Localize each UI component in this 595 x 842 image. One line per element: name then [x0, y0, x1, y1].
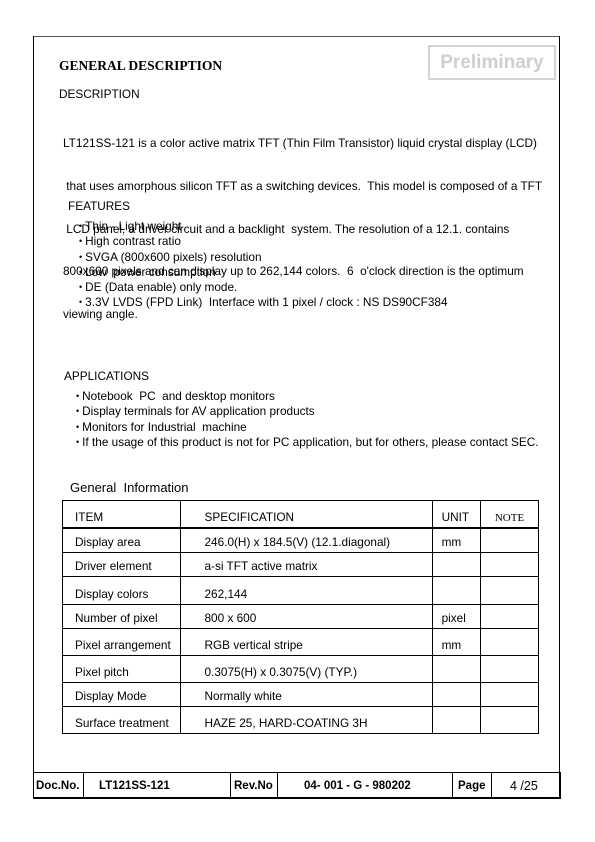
cell-item: Display colors [63, 576, 181, 604]
general-info-title: General Information [70, 480, 189, 495]
document-footer: Doc.No. LT121SS-121 Rev.No 04- 001 - G -… [33, 772, 561, 799]
general-info-table: ITEM SPECIFICATION UNIT NOTE Display are… [62, 500, 539, 734]
cell-unit: mm [432, 528, 480, 552]
preliminary-watermark: Preliminary [428, 45, 556, 80]
page-label: Page [453, 773, 492, 798]
table-row: Display colors262,144 [63, 576, 539, 604]
rev-no-label: Rev.No [231, 773, 278, 798]
description-line: LT121SS-121 is a color active matrix TFT… [63, 136, 542, 150]
cell-unit [432, 682, 480, 706]
table-row: Pixel pitch0.3075(H) x 0.3075(V) (TYP.) [63, 655, 539, 682]
features-label: FEATURES [68, 199, 130, 213]
table-row: Display ModeNormally white [63, 682, 539, 706]
cell-specification: Normally white [181, 682, 432, 706]
header-specification: SPECIFICATION [181, 501, 432, 529]
cell-unit: mm [432, 628, 480, 655]
cell-note [480, 706, 538, 733]
feature-item: High contrast ratio [79, 234, 448, 249]
table-row: Driver elementa-si TFT active matrix [63, 552, 539, 576]
cell-unit [432, 552, 480, 576]
header-note: NOTE [480, 501, 538, 529]
doc-no-value: LT121SS-121 [84, 773, 231, 798]
table-row: Surface treatmentHAZE 25, HARD-COATING 3… [63, 706, 539, 733]
cell-specification: 0.3075(H) x 0.3075(V) (TYP.) [181, 655, 432, 682]
feature-item: 3.3V LVDS (FPD Link) Interface with 1 pi… [79, 295, 448, 310]
cell-unit [432, 655, 480, 682]
cell-item: Driver element [63, 552, 181, 576]
cell-item: Display area [63, 528, 181, 552]
cell-item: Number of pixel [63, 604, 181, 628]
feature-item: Low power consumption [79, 265, 448, 280]
feature-item: DE (Data enable) only mode. [79, 280, 448, 295]
applications-label: APPLICATIONS [64, 369, 149, 383]
cell-specification: a-si TFT active matrix [181, 552, 432, 576]
feature-item: Thin - Light weight [79, 219, 448, 234]
feature-item: SVGA (800x600 pixels) resolution [79, 250, 448, 265]
cell-note [480, 628, 538, 655]
cell-specification: 246.0(H) x 184.5(V) (12.1.diagonal) [181, 528, 432, 552]
cell-specification: 262,144 [181, 576, 432, 604]
cell-note [480, 552, 538, 576]
table-row: Pixel arrangementRGB vertical stripemm [63, 628, 539, 655]
cell-specification: HAZE 25, HARD-COATING 3H [181, 706, 432, 733]
cell-note [480, 576, 538, 604]
header-item: ITEM [63, 501, 181, 529]
header-unit: UNIT [432, 501, 480, 529]
table-row: Display area246.0(H) x 184.5(V) (12.1.di… [63, 528, 539, 552]
doc-no-label: Doc.No. [34, 773, 84, 798]
table-header-row: ITEM SPECIFICATION UNIT NOTE [63, 501, 539, 529]
cell-specification: RGB vertical stripe [181, 628, 432, 655]
cell-unit [432, 706, 480, 733]
cell-item: Display Mode [63, 682, 181, 706]
application-item: Monitors for Industrial machine [76, 420, 539, 435]
page-heading: GENERAL DESCRIPTION [59, 58, 222, 74]
features-list: Thin - Light weight High contrast ratio … [79, 219, 448, 311]
cell-note [480, 604, 538, 628]
description-line: that uses amorphous silicon TFT as a swi… [63, 179, 542, 193]
description-label: DESCRIPTION [59, 87, 140, 101]
application-item: If the usage of this product is not for … [76, 435, 539, 450]
rev-no-value: 04- 001 - G - 980202 [278, 773, 453, 798]
cell-unit [432, 576, 480, 604]
applications-list: Notebook PC and desktop monitors Display… [76, 389, 539, 450]
page-number: 4 /25 [492, 773, 560, 798]
table-row: Number of pixel800 x 600pixel [63, 604, 539, 628]
cell-unit: pixel [432, 604, 480, 628]
cell-note [480, 682, 538, 706]
cell-specification: 800 x 600 [181, 604, 432, 628]
cell-note [480, 655, 538, 682]
cell-item: Pixel pitch [63, 655, 181, 682]
application-item: Notebook PC and desktop monitors [76, 389, 539, 404]
cell-item: Surface treatment [63, 706, 181, 733]
cell-note [480, 528, 538, 552]
cell-item: Pixel arrangement [63, 628, 181, 655]
application-item: Display terminals for AV application pro… [76, 404, 539, 419]
